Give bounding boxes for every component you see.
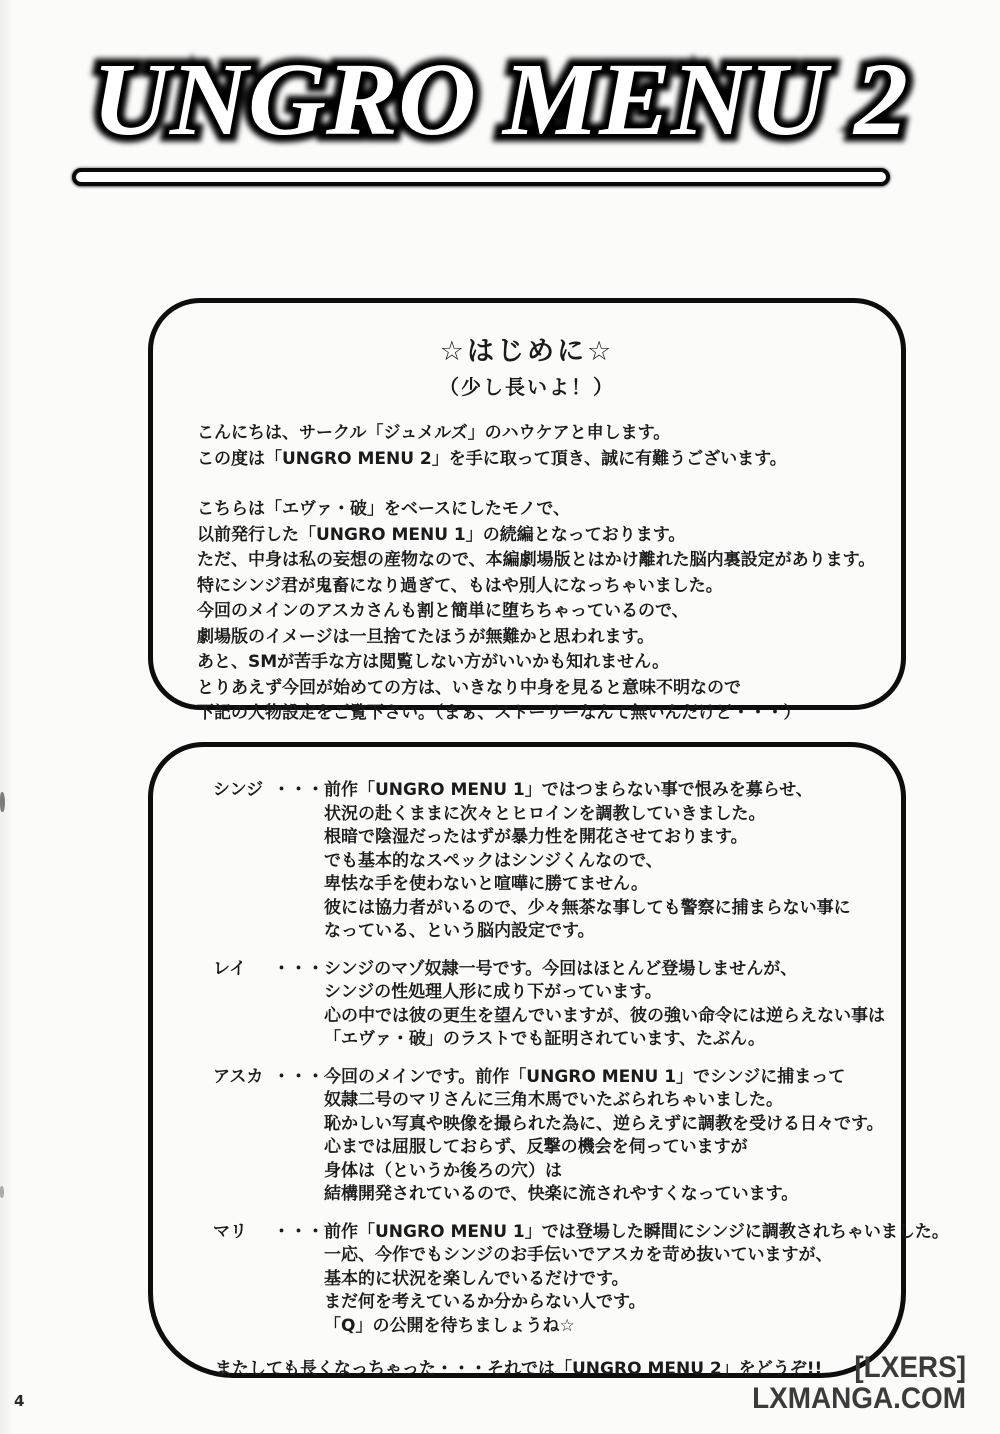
intro-paragraph-1: こんにちは、サークル「ジュメルズ」のハウケアと申します。 この度は「UNGRO … [197,421,875,472]
description-line: 心の中では彼の更生を望んでいますが、彼の強い命令には逆らえない事は [273,1005,879,1029]
character-description: ・・・前作「UNGRO MENU 1」では登場した瞬間にシンジに調教されちゃいま… [273,1221,879,1339]
scan-speck [0,1186,4,1198]
character-description: ・・・前作「UNGRO MENU 1」ではつまらない事で恨みを募らせ、 状況の赴… [273,779,879,944]
character-name: マリ [213,1221,273,1245]
description-line: 卑怯な手を使わないと喧嘩に勝てません。 [273,873,879,897]
description-line: 奴隷二号のマリさんに三角木馬でいたぶられちゃいました。 [273,1089,879,1113]
intro-line: こちらは「エヴァ・破」をベースにしたモノで、 [197,497,875,523]
description-line: 「Q」の公開を待ちましょうね☆ [273,1315,879,1339]
description-line: 根暗で陰湿だったはずが暴力性を開花させております。 [273,826,879,850]
intro-paragraph-2: こちらは「エヴァ・破」をベースにしたモノで、 以前発行した「UNGRO MENU… [197,497,875,727]
character-name: アスカ [213,1066,273,1090]
title-logo: UNGRO MENU 2 UNGRO MENU 2 [62,28,938,166]
description-line: 結構開発されているので、快楽に流されやすくなっています。 [273,1183,879,1207]
watermark: [LXERS] LXMANGA.COM [752,1352,966,1414]
character-description: ・・・今回のメインです。前作「UNGRO MENU 1」でシンジに捕まって 奴隷… [273,1066,879,1207]
intro-line: 特にシンジ君が鬼畜になり過ぎて、もはや別人になっちゃいました。 [197,574,875,600]
description-line: 基本的に状況を楽しんでいるだけです。 [273,1268,879,1292]
page-number: 4 [14,1392,24,1410]
intro-line: あと、SMが苦手な方は閲覧しない方がいいかも知れません。 [197,650,875,676]
character-name: レイ [213,958,273,982]
character-description: ・・・シンジのマゾ奴隷一号です。今回はほとんど登場しませんが、 シンジの性処理人… [273,958,879,1052]
description-line: 恥かしい写真や映像を撮られた為に、逆らえずに調教を受ける日々です。 [273,1113,879,1137]
character-entry-mari: マリ ・・・前作「UNGRO MENU 1」では登場した瞬間にシンジに調教されち… [213,1221,879,1339]
description-line: 一応、今作でもシンジのお手伝いでアスカを苛め抜いていますが、 [273,1244,879,1268]
watermark-line-1: [LXERS] [752,1352,966,1383]
intro-line: 以前発行した「UNGRO MENU 1」の続編となっております。 [197,523,875,549]
intro-line: 下記の人物設定をご覧下さい。（まぁ、ストーリーなんて無いんだけど・・・） [197,701,875,727]
scan-edge-shade [0,0,14,1434]
intro-line: 今回のメインのアスカさんも割と簡単に堕ちちゃっているので、 [197,599,875,625]
title-text: UNGRO MENU 2 [92,42,908,157]
intro-subheading: （少し長いよ！） [153,371,901,400]
description-line: 身体は（というか後ろの穴）は [273,1160,879,1184]
description-line: ・・・前作「UNGRO MENU 1」ではつまらない事で恨みを募らせ、 [273,779,879,803]
intro-line: とりあえず今回が始めての方は、いきなり中身を見ると意味不明なので [197,676,875,702]
watermark-line-2: LXMANGA.COM [752,1383,966,1414]
title-block: UNGRO MENU 2 UNGRO MENU 2 [62,28,938,166]
intro-body: こんにちは、サークル「ジュメルズ」のハウケアと申します。 この度は「UNGRO … [197,421,875,727]
description-line: ・・・前作「UNGRO MENU 1」では登場した瞬間にシンジに調教されちゃいま… [273,1221,879,1245]
description-line: 心までは屈服しておらず、反撃の機会を伺っていますが [273,1136,879,1160]
intro-line: ただ、中身は私の妄想の産物なので、本編劇場版とはかけ離れた脳内裏設定があります。 [197,548,875,574]
description-line: 「エヴァ・破」のラストでも証明されています、たぶん。 [273,1028,879,1052]
scan-speck [0,792,5,812]
description-line: まだ何を考えているか分からない人です。 [273,1291,879,1315]
intro-line: 劇場版のイメージは一旦捨てたほうが無難かと思われます。 [197,625,875,651]
character-name: シンジ [213,779,273,803]
description-line: ・・・シンジのマゾ奴隷一号です。今回はほとんど登場しませんが、 [273,958,879,982]
description-line: 彼には協力者がいるので、少々無茶な事しても警察に捕まらない事に [273,897,879,921]
description-line: なっている、という脳内設定です。 [273,920,879,944]
character-entry-asuka: アスカ ・・・今回のメインです。前作「UNGRO MENU 1」でシンジに捕まっ… [213,1066,879,1207]
description-line: ・・・今回のメインです。前作「UNGRO MENU 1」でシンジに捕まって [273,1066,879,1090]
intro-box: ☆はじめに☆ （少し長いよ！） こんにちは、サークル「ジュメルズ」のハウケアと申… [148,298,906,710]
intro-heading: ☆はじめに☆ [153,329,901,368]
description-line: でも基本的なスペックはシンジくんなので、 [273,850,879,874]
intro-line: この度は「UNGRO MENU 2」を手に取って頂き、誠に有難うございます。 [197,447,875,473]
character-box: シンジ ・・・前作「UNGRO MENU 1」ではつまらない事で恨みを募らせ、 … [148,742,906,1378]
description-line: シンジの性処理人形に成り下がっています。 [273,981,879,1005]
intro-line: こんにちは、サークル「ジュメルズ」のハウケアと申します。 [197,421,875,447]
character-entry-rei: レイ ・・・シンジのマゾ奴隷一号です。今回はほとんど登場しませんが、 シンジの性… [213,958,879,1052]
description-line: 状況の赴くままに次々とヒロインを調教していきました。 [273,803,879,827]
character-entry-shinji: シンジ ・・・前作「UNGRO MENU 1」ではつまらない事で恨みを募らせ、 … [213,779,879,944]
title-underline [72,168,890,186]
